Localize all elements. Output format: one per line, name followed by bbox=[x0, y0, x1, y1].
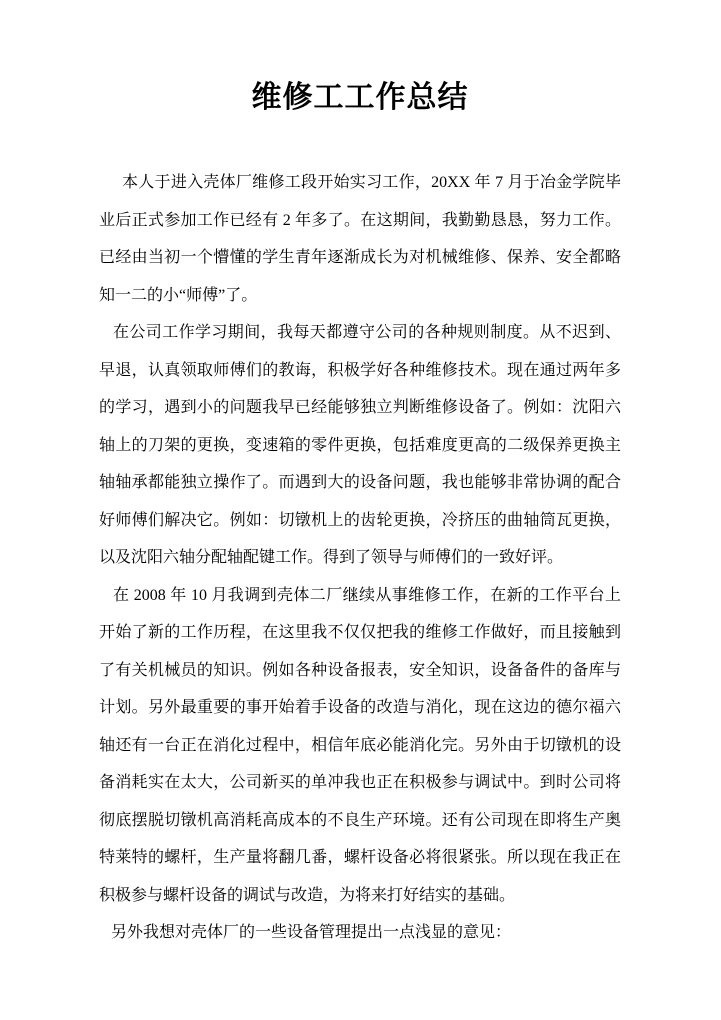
document-title: 维修工工作总结 bbox=[99, 78, 621, 118]
document-page: 维修工工作总结 本人于进入壳体厂维修工段开始实习工作，20XX 年 7 月于冶金… bbox=[0, 0, 721, 1020]
paragraph-suggestions-lead: 另外我想对壳体厂的一些设备管理提出一点浅显的意见： bbox=[99, 914, 621, 952]
paragraph-company-learning: 在公司工作学习期间，我每天都遵守公司的各种规则制度。从不迟到、早退，认真领取师傅… bbox=[99, 314, 621, 577]
paragraph-second-factory: 在 2008 年 10 月我调到壳体二厂继续从事维修工作，在新的工作平台上开始了… bbox=[99, 577, 621, 915]
document-body: 本人于进入壳体厂维修工段开始实习工作，20XX 年 7 月于冶金学院毕业后正式参… bbox=[99, 164, 621, 952]
paragraph-intro: 本人于进入壳体厂维修工段开始实习工作，20XX 年 7 月于冶金学院毕业后正式参… bbox=[99, 164, 621, 314]
